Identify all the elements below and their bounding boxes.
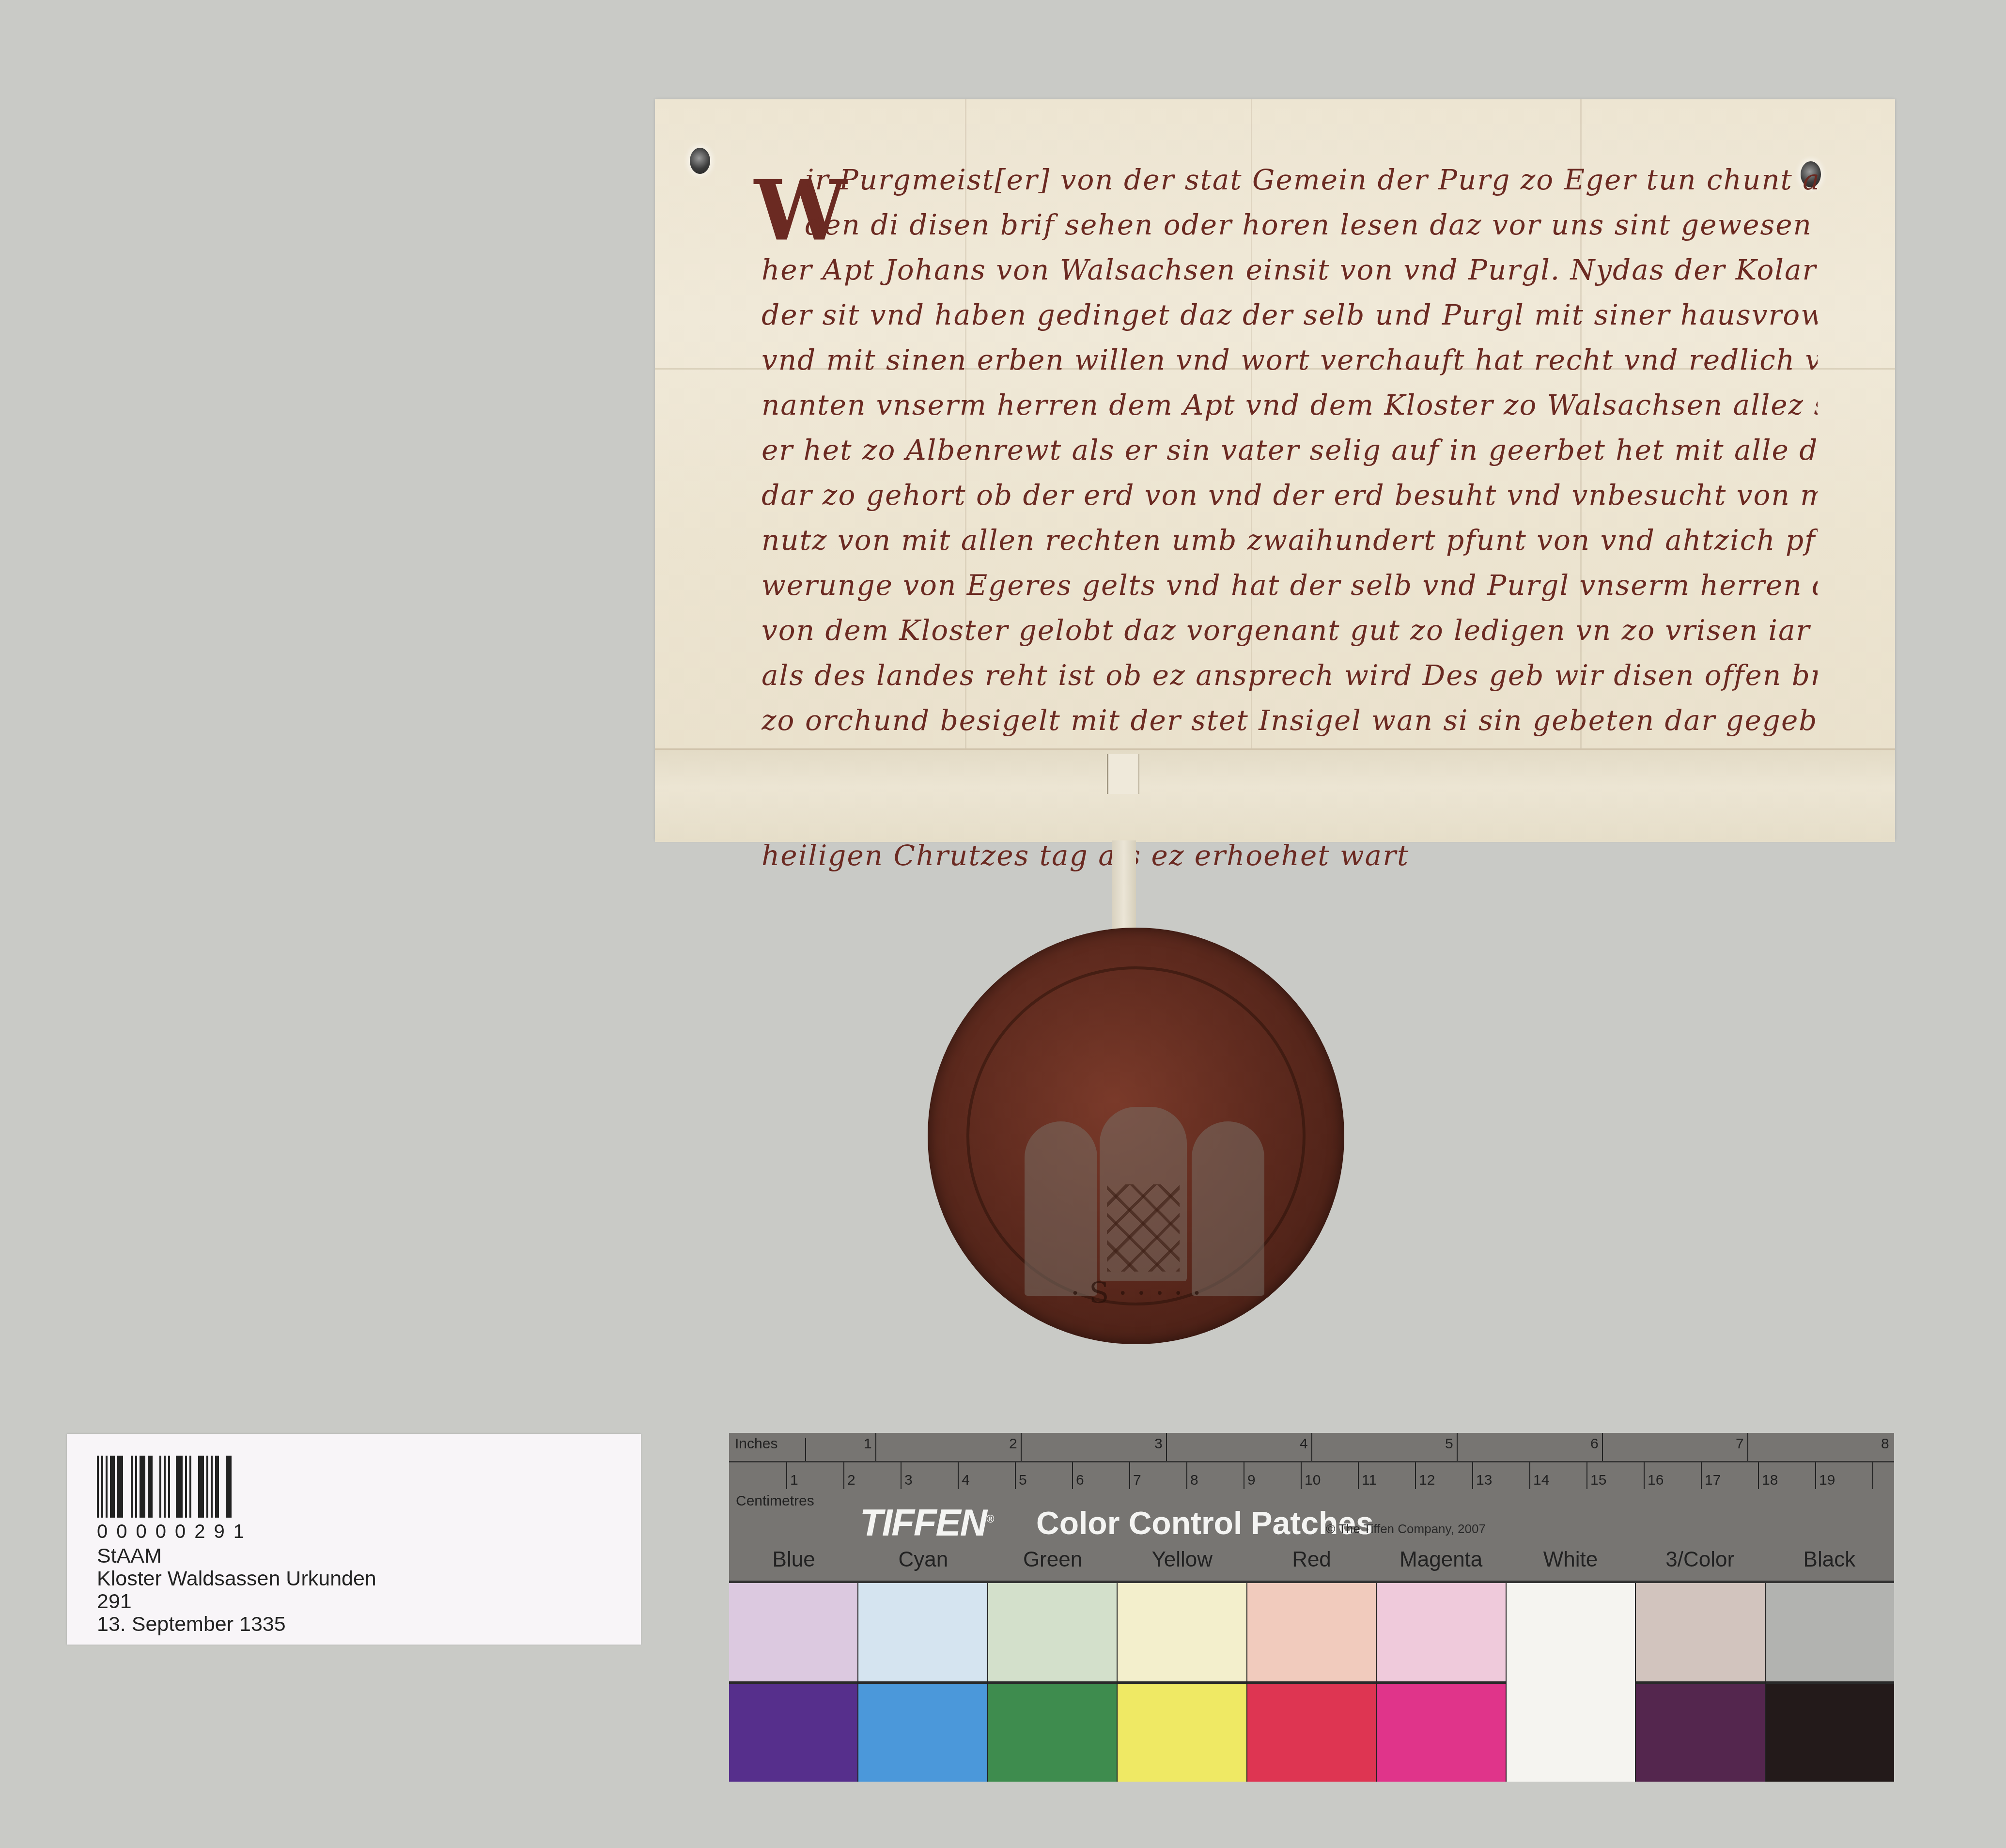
patch-black bbox=[1766, 1583, 1894, 1782]
patch-cyan bbox=[858, 1583, 988, 1782]
document-number: 291 bbox=[97, 1590, 132, 1614]
barcode-icon bbox=[97, 1456, 234, 1518]
chart-title: Color Control Patches bbox=[1036, 1505, 1374, 1541]
patch-blue bbox=[729, 1583, 858, 1782]
seal-tower-right-icon bbox=[1192, 1121, 1264, 1296]
wax-seal: · S · · · · · bbox=[928, 928, 1344, 1344]
color-patches bbox=[729, 1581, 1894, 1782]
document-date: 13. September 1335 bbox=[97, 1613, 286, 1636]
tiffen-color-card: Inches 1 2 3 4 5 6 7 8 1 2 3 4 5 6 7 8 9… bbox=[729, 1433, 1894, 1782]
patch-labels: Blue Cyan Green Yellow Red Magenta White… bbox=[729, 1548, 1894, 1577]
collection-name: Kloster Waldsassen Urkunden bbox=[97, 1567, 376, 1591]
text-line: vnd mit sinen erben willen vnd wort verc… bbox=[762, 338, 1818, 383]
archive-name: StAAM bbox=[97, 1544, 162, 1568]
patch-label: Cyan bbox=[858, 1548, 988, 1577]
plica-fold bbox=[655, 748, 1895, 842]
inches-label: Inches bbox=[735, 1436, 778, 1452]
charter-parchment: W ir Purgmeist[er] von der stat Gemein d… bbox=[655, 99, 1895, 840]
patch-white bbox=[1507, 1583, 1636, 1782]
hole-left-icon bbox=[690, 148, 710, 174]
text-line: von dem Kloster gelobt daz vorgenant gut… bbox=[762, 608, 1818, 653]
text-line: den di disen brif sehen oder horen lesen… bbox=[762, 202, 1818, 248]
patch-label: Green bbox=[988, 1548, 1117, 1577]
patch-green bbox=[988, 1583, 1118, 1782]
cm-ruler: 1 2 3 4 5 6 7 8 9 10 11 12 13 14 15 16 1… bbox=[729, 1462, 1894, 1491]
patch-3color bbox=[1636, 1583, 1765, 1782]
patch-yellow bbox=[1118, 1583, 1247, 1782]
patch-red bbox=[1247, 1583, 1377, 1782]
copyright-text: © The Tiffen Company, 2007 bbox=[1326, 1522, 1486, 1537]
patch-label: 3/Color bbox=[1635, 1548, 1765, 1577]
barcode-number: 00000291 bbox=[97, 1521, 253, 1543]
text-line: nutz von mit allen rechten umb zwaihunde… bbox=[762, 518, 1818, 563]
centimetres-label: Centimetres bbox=[736, 1493, 814, 1509]
patch-label: Black bbox=[1765, 1548, 1894, 1577]
text-line: nanten vnserm herren dem Apt vnd dem Klo… bbox=[762, 383, 1818, 428]
text-line: dar zo gehort ob der erd von vnd der erd… bbox=[762, 473, 1818, 518]
archive-label: 00000291 StAAM Kloster Waldsassen Urkund… bbox=[67, 1434, 641, 1645]
patch-magenta bbox=[1377, 1583, 1506, 1782]
inch-ruler: Inches 1 2 3 4 5 6 7 8 bbox=[729, 1433, 1894, 1462]
patch-label: Yellow bbox=[1118, 1548, 1247, 1577]
seal-legend: · S · · · · · bbox=[928, 1276, 1344, 1310]
text-line: der sit vnd haben gedinget daz der selb … bbox=[762, 293, 1818, 338]
patch-label: Blue bbox=[729, 1548, 858, 1577]
text-line: werunge von Egeres gelts vnd hat der sel… bbox=[762, 563, 1818, 608]
patch-label: Magenta bbox=[1376, 1548, 1506, 1577]
tiffen-logo: TIFFEN® bbox=[860, 1501, 993, 1545]
text-line: ir Purgmeist[er] von der stat Gemein der… bbox=[762, 157, 1818, 202]
seal-tower-left-icon bbox=[1025, 1121, 1097, 1296]
text-line: als des landes reht ist ob ez ansprech w… bbox=[762, 653, 1818, 698]
text-line: her Apt Johans von Walsachsen einsit von… bbox=[762, 248, 1818, 293]
text-line: zo orchund besigelt mit der stet Insigel… bbox=[762, 698, 1818, 743]
seal-portcullis-icon bbox=[1107, 1184, 1180, 1272]
text-line: er het zo Albenrewt als er sin vater sel… bbox=[762, 428, 1818, 473]
seal-strap-slot bbox=[1107, 754, 1139, 794]
patch-label: Red bbox=[1247, 1548, 1376, 1577]
patch-label: White bbox=[1506, 1548, 1635, 1577]
